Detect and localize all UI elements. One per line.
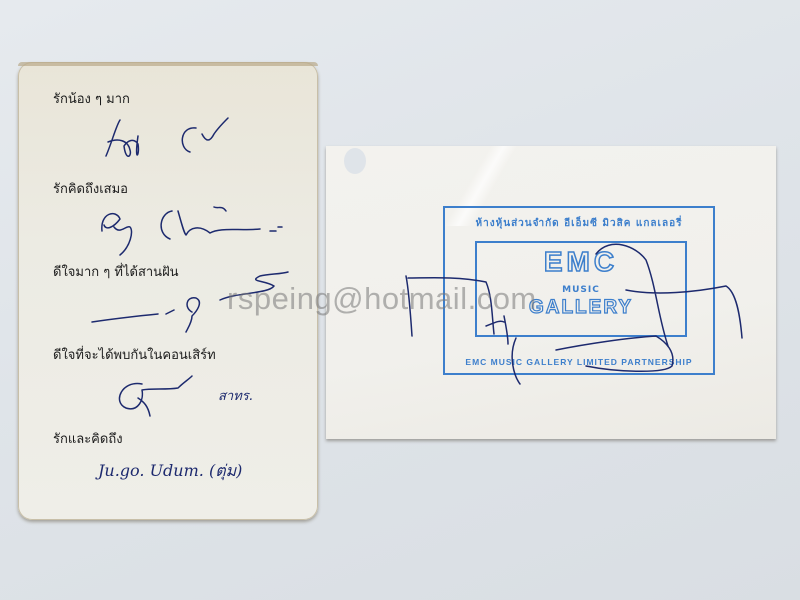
email-watermark: rspeing@hotmail.com bbox=[227, 281, 537, 317]
signature-5: Ju.go. Udum. (ตุ่ม) bbox=[98, 444, 318, 504]
svg-text:Ju.go. Udum. (ตุ่ม): Ju.go. Udum. (ตุ่ม) bbox=[95, 461, 242, 481]
signature-2 bbox=[90, 197, 310, 257]
svg-text:สาทร.: สาทร. bbox=[218, 389, 253, 404]
card-phrase-2: รักคิดถึงเสมอ bbox=[53, 178, 128, 199]
card-edge-stain bbox=[18, 62, 318, 66]
signature-4: สาทร. bbox=[108, 362, 288, 422]
punched-hole bbox=[344, 148, 366, 174]
card-phrase-1: รักน้อง ๆ มาก bbox=[53, 88, 130, 109]
signature-1 bbox=[98, 112, 278, 172]
